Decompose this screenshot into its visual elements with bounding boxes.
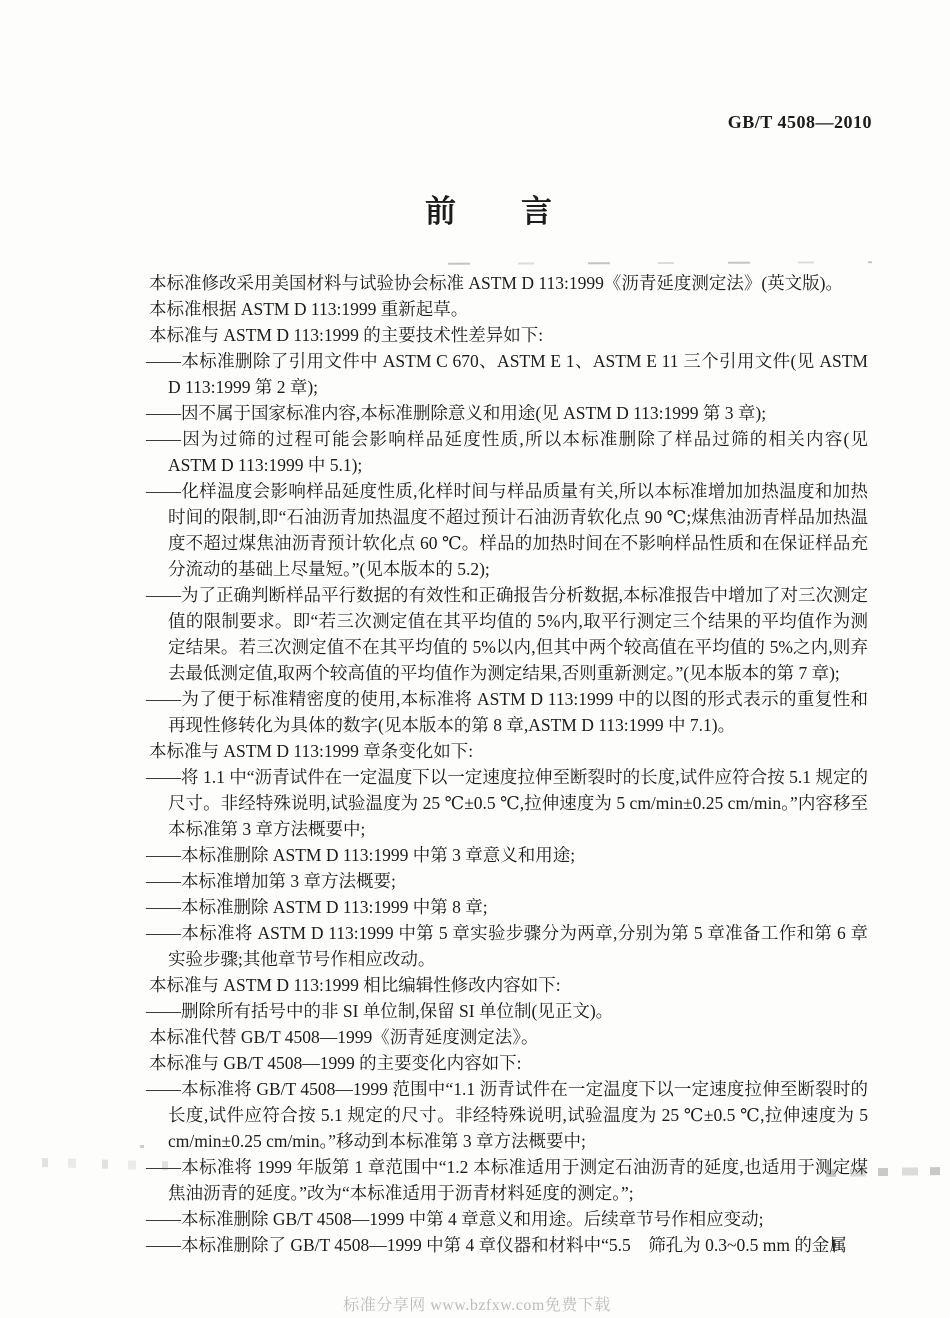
change-list-item: ——本标准删除 ASTM D 113:1999 中第 3 章意义和用途; bbox=[146, 842, 868, 868]
change-list-item: ——将 1.1 中“沥青试件在一定温度下以一定速度拉伸至断裂时的长度,试件应符合… bbox=[146, 764, 868, 842]
change-list-item: ——本标准将 ASTM D 113:1999 中第 5 章实验步骤分为两章,分别… bbox=[146, 920, 868, 972]
foreword-paragraph: 本标准与 ASTM D 113:1999 的主要技术性差异如下: bbox=[146, 322, 868, 348]
change-list-item: ——为了便于标准精密度的使用,本标准将 ASTM D 113:1999 中的以图… bbox=[146, 686, 868, 738]
watermark-text: 标准分享网 www.bzfxw.com免费下载 bbox=[2, 1292, 950, 1315]
foreword-paragraph: 本标准根据 ASTM D 113:1999 重新起草。 bbox=[146, 296, 868, 322]
foreword-paragraph: 本标准与 ASTM D 113:1999 章条变化如下: bbox=[146, 738, 868, 764]
change-list-item: ——为了正确判断样品平行数据的有效性和正确报告分析数据,本标准报告中增加了对三次… bbox=[146, 582, 868, 686]
document-page: GB/T 4508—2010 前 言 本标准修改采用美国材料与试验协会标准 AS… bbox=[0, 0, 950, 1318]
page-title: 前 言 bbox=[14, 186, 950, 231]
change-list-item: ——本标准删除了 GB/T 4508—1999 中第 4 章仪器和材料中“5.5… bbox=[146, 1232, 868, 1258]
change-list-item: ——本标准增加第 3 章方法概要; bbox=[146, 868, 868, 894]
foreword-paragraph: 本标准修改采用美国材料与试验协会标准 ASTM D 113:1999《沥青延度测… bbox=[146, 270, 868, 296]
change-list-item: ——本标准将 GB/T 4508—1999 范围中“1.1 沥青试件在一定温度下… bbox=[146, 1076, 868, 1154]
foreword-paragraph: 本标准代替 GB/T 4508—1999《沥青延度测定法》。 bbox=[146, 1024, 868, 1050]
change-list-item: ——本标准删除了引用文件中 ASTM C 670、ASTM E 1、ASTM E… bbox=[146, 348, 868, 400]
change-list-item: ——本标准将 1999 年版第 1 章范围中“1.2 本标准适用于测定石油沥青的… bbox=[146, 1154, 868, 1206]
scan-artifact bbox=[448, 261, 872, 264]
change-list-item: ——删除所有括号中的非 SI 单位制,保留 SI 单位制(见正文)。 bbox=[146, 998, 868, 1024]
foreword-body: 本标准修改采用美国材料与试验协会标准 ASTM D 113:1999《沥青延度测… bbox=[146, 270, 868, 1258]
change-list-item: ——因不属于国家标准内容,本标准删除意义和用途(见 ASTM D 113:199… bbox=[146, 400, 868, 426]
standard-number: GB/T 4508—2010 bbox=[728, 112, 872, 133]
foreword-paragraph: 本标准与 ASTM D 113:1999 相比编辑性修改内容如下: bbox=[146, 972, 868, 998]
change-list-item: ——因为过筛的过程可能会影响样品延度性质,所以本标准删除了样品过筛的相关内容(见… bbox=[146, 426, 868, 478]
foreword-paragraph: 本标准与 GB/T 4508—1999 的主要变化内容如下: bbox=[146, 1050, 868, 1076]
change-list-item: ——本标准删除 GB/T 4508—1999 中第 4 章意义和用途。后续章节号… bbox=[146, 1206, 868, 1232]
page-number: I bbox=[831, 1236, 837, 1256]
change-list-item: ——化样温度会影响样品延度性质,化样时间与样品质量有关,所以本标准增加加热温度和… bbox=[146, 478, 868, 582]
change-list-item: ——本标准删除 ASTM D 113:1999 中第 8 章; bbox=[146, 894, 868, 920]
scan-artifact bbox=[140, 1145, 144, 1148]
